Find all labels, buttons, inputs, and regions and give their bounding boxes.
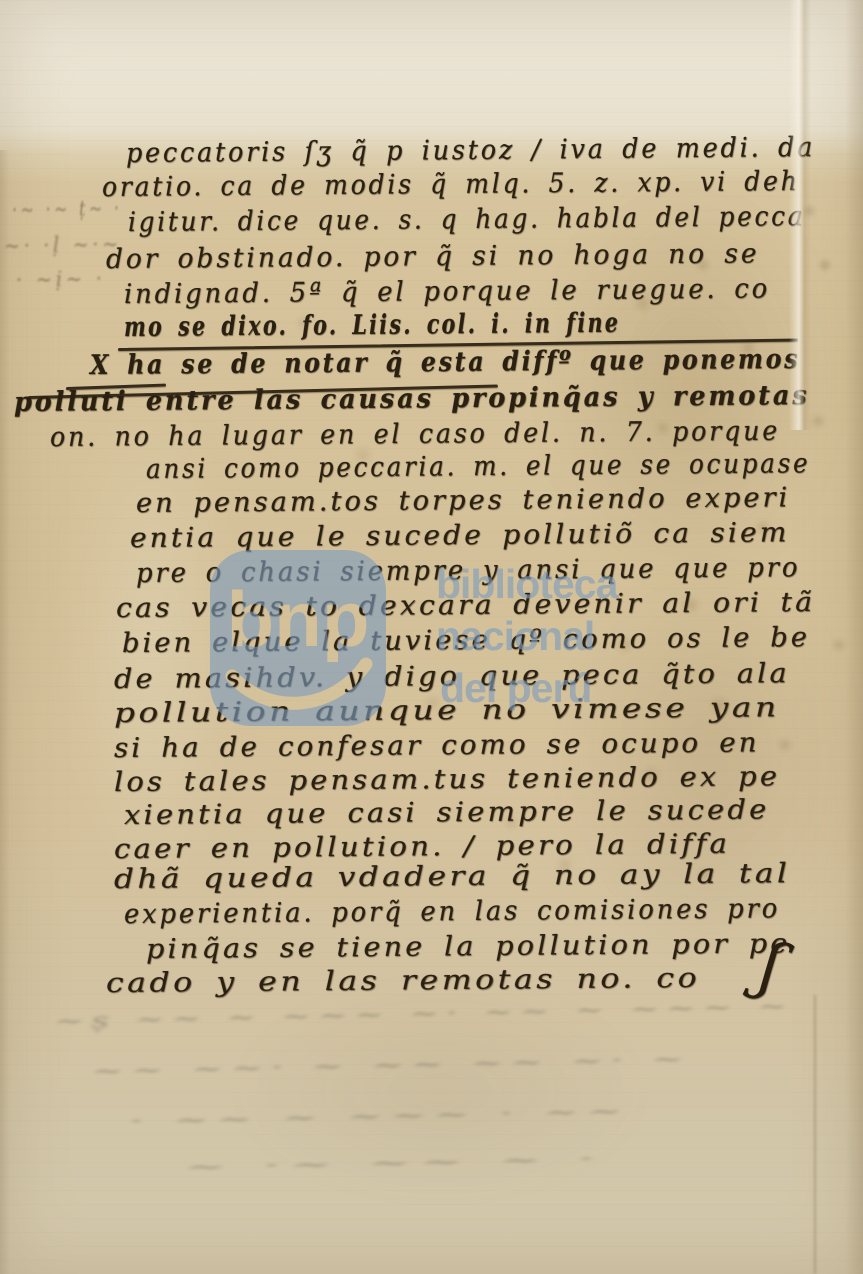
manuscript-line: caer en pollution. / pero la diffa (114, 831, 730, 863)
manuscript-line: dor obstinado. por q̃ si no hoga no se (106, 240, 760, 273)
manuscript-page: ·~ ·~ ṭ~ ·~· ·ḷ ~·~· ~ị~ ·~ṣ ~~ ~ ~~~ ~·… (0, 0, 863, 1274)
bleedthrough-text-row: ~ ·~ ~~ ~ · (185, 1149, 606, 1180)
left-page-edge-shading (0, 150, 10, 1274)
manuscript-line: experientia. porq̃ en las comisiones pro (124, 895, 780, 928)
manuscript-line: en pensam.tos torpes teniendo experi (136, 484, 791, 517)
manuscript-line: los tales pensam.tus teniendo ex pe (114, 763, 780, 796)
manuscript-line: bien elque la tuviese qº como os le be (122, 624, 810, 657)
manuscript-line: igitur. dice que. s. q hag. habla del pe… (128, 203, 805, 236)
manuscript-line: cas vecas to dexcara devenir al ori tã (116, 589, 815, 622)
manuscript-line: pinq̃as se tiene la pollution por pe (146, 930, 791, 963)
right-page-edge-shading (845, 0, 863, 1274)
manuscript-line: X ha se de notar q̃ esta diffº que ponem… (90, 346, 800, 379)
manuscript-line: on. no ha lugar en el caso del. n. 7. po… (50, 418, 780, 451)
manuscript-line: mo se dixo. fo. Liis. col. i. in fine (124, 310, 620, 341)
manuscript-line: pre o chasi siempre y ansi que que pro (136, 554, 801, 587)
manuscript-line: oratio. ca de modis q̃ mlq. 5. z. xp. vi… (102, 168, 800, 201)
margin-bleedthrough-marks: · ~ị~ · (16, 268, 106, 291)
manuscript-line: dhã queda vdadera q̃ no ay la tal (114, 860, 791, 893)
paper-stain (230, 980, 650, 1200)
ink-speckles (0, 0, 6, 6)
manuscript-line: si ha de confesar como se ocupo en (114, 729, 760, 762)
manuscript-line: de masihdv. y digo que peca q̃to ala (114, 660, 790, 693)
manuscript-line: pollution aunque no vimese yan (114, 694, 780, 727)
manuscript-line: entia que le sucede pollutiõ ca siem (130, 519, 790, 552)
margin-bleedthrough-marks: ~· ·ḷ ~·~ (4, 234, 122, 257)
bleedthrough-text-row: ~~ ~~· ~ ~~ ~~ ~· ~ (92, 1049, 692, 1084)
manuscript-line: xientia que casi siempre le sucede (124, 796, 770, 829)
manuscript-line: ansi como peccaria. m. el que se ocupase (146, 450, 811, 483)
manuscript-line: indignad. 5ª q̃ el porque le ruegue. co (124, 275, 770, 308)
manuscript-line: peccatoris ſʒ q̃ p iustoz / iva de medi.… (126, 134, 815, 167)
manuscript-line: cado y en las remotas no. co (106, 965, 700, 997)
bleedthrough-text-row: ~ṣ ~~ ~ ~~~ ~· ~~ ~ ~~~ ~ (55, 997, 795, 1034)
page-edge-seam (813, 995, 817, 1274)
bleedthrough-text-row: · ~~ ~ ~~~ · ~~ (130, 1102, 631, 1134)
